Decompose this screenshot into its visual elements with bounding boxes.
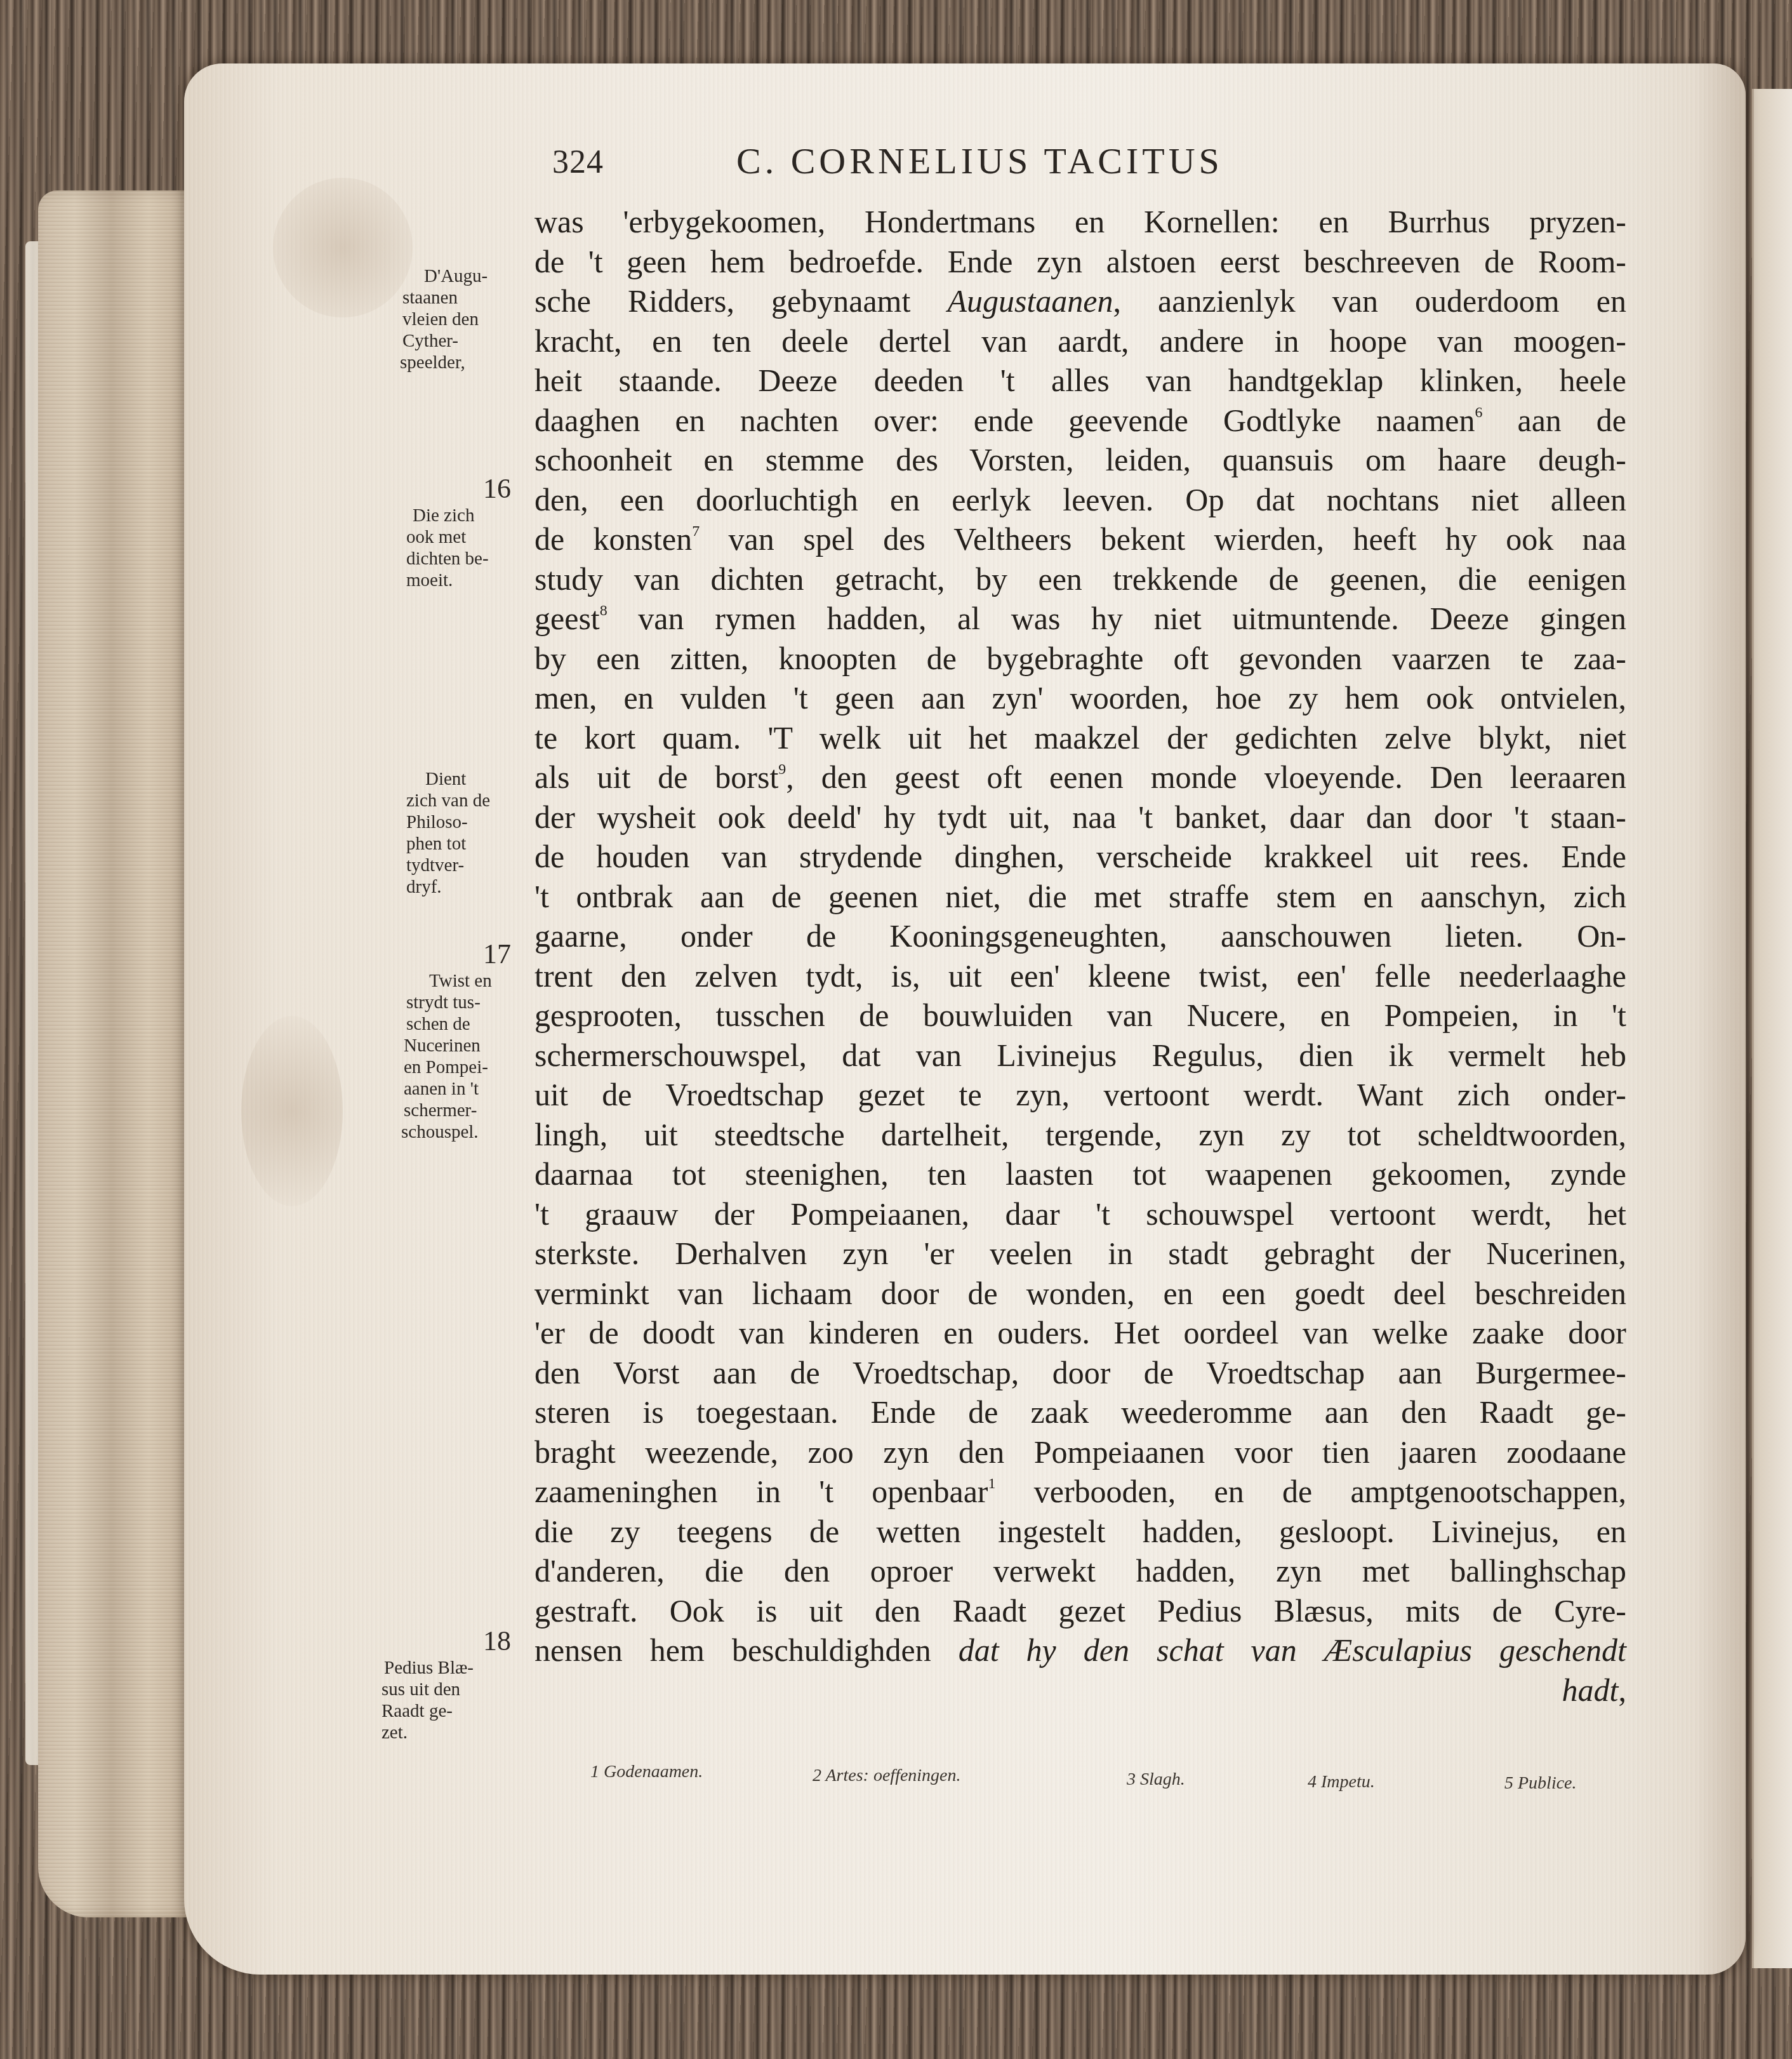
text-line: d'anderen, die den oproer verwekt hadden… <box>534 1551 1626 1591</box>
text-line: trent den zelven tydt, is, uit een' klee… <box>534 956 1626 996</box>
text-segment: aan de <box>1482 403 1626 438</box>
text-line: gesprooten, tusschen de bouwluiden van N… <box>534 996 1626 1036</box>
text-line: sche Ridders, gebynaamt Augustaanen, aan… <box>534 281 1626 321</box>
footnote: 4 Impetu. <box>1308 1772 1375 1792</box>
running-head: 324 C. CORNELIUS TACITUS <box>552 140 1403 190</box>
text-line: sterkste. Derhalven zyn 'er veelen in st… <box>534 1234 1626 1274</box>
margin-note-line: zet. <box>371 1722 524 1743</box>
text-line: den, een doorluchtigh en eerlyk leeven. … <box>534 480 1626 520</box>
margin-note-line: dichten be- <box>400 548 536 570</box>
text-line: gaarne, onder de Kooningsgeneughten, aan… <box>534 916 1626 956</box>
chapter-number: 18 <box>371 1625 524 1657</box>
text-segment: sche Ridders, gebynaamt <box>534 283 947 319</box>
text-line: 't ontbrak aan de geenen niet, die met s… <box>534 877 1626 917</box>
text-line: die zy teegens de wetten ingestelt hadde… <box>534 1512 1626 1552</box>
text-line: der wysheit ook deeld' hy tydt uit, naa … <box>534 797 1626 837</box>
text-line: kracht, en ten deele dertel van aardt, a… <box>534 321 1626 361</box>
text-segment: van rymen hadden, al was hy niet uitmunt… <box>607 601 1626 636</box>
text-line: schermerschouwspel, dat van Livinejus Re… <box>534 1036 1626 1076</box>
margin-note-line: schen de <box>400 1013 536 1035</box>
margin-note-line: vleien den <box>400 309 536 330</box>
italic-quote: hadt <box>1562 1672 1619 1708</box>
margin-note-line: phen tot <box>400 833 536 855</box>
margin-note-line: sus uit den <box>371 1679 524 1700</box>
footnote-marker: 9 <box>778 761 786 778</box>
text-line: daaghen en nachten over: ende geevende G… <box>534 401 1626 441</box>
footnote-marker: 8 <box>600 603 607 619</box>
footnote: 5 Publice. <box>1504 1773 1577 1794</box>
text-line: by een zitten, knoopten de bygebraghte o… <box>534 639 1626 679</box>
margin-note-line: Nucerinen <box>400 1035 536 1056</box>
text-line: als uit de borst9, den geest oft eenen m… <box>534 757 1626 797</box>
text-line: 't graauw der Pompeiaanen, daar 't schou… <box>534 1194 1626 1234</box>
margin-note: Dient zich van de Philoso- phen tot tydt… <box>400 768 536 898</box>
margin-note-line: Raadt ge- <box>371 1700 524 1722</box>
text-line: study van dichten getracht, by een trekk… <box>534 559 1626 599</box>
text-line: de 't geen hem bedroefde. Ende zyn alsto… <box>534 242 1626 282</box>
text-line: te kort quam. 'T welk uit het maakzel de… <box>534 718 1626 758</box>
margin-note: 18 Pedius Blæ- sus uit den Raadt ge- zet… <box>371 1625 524 1743</box>
text-line: men, en vulden 't geen aan zyn' woorden,… <box>534 678 1626 718</box>
footnote: 3 Slagh. <box>1127 1769 1185 1790</box>
text-line: nensen hem beschuldighden dat hy den sch… <box>534 1630 1626 1670</box>
text-line: schoonheit en stemme des Vorsten, leiden… <box>534 440 1626 480</box>
footnote-marker: 1 <box>988 1476 996 1492</box>
text-line: heit staande. Deeze deeden 't alles van … <box>534 361 1626 401</box>
margin-note-line: zich van de <box>400 790 536 811</box>
footnote-text: Impetu. <box>1321 1772 1375 1792</box>
text-line: hadt, <box>534 1670 1626 1710</box>
text-line: uit de Vroedtschap gezet te zyn, vertoon… <box>534 1075 1626 1115</box>
text-segment: van spel des Veltheers bekent wierden, h… <box>700 521 1626 557</box>
text-line: de konsten7 van spel des Veltheers beken… <box>534 519 1626 559</box>
margin-note-line: tydtver- <box>400 855 536 876</box>
text-line: geest8 van rymen hadden, al was hy niet … <box>534 599 1626 639</box>
footnote-text: Slagh. <box>1140 1769 1185 1789</box>
footnote-number: 3 <box>1127 1769 1136 1789</box>
margin-note-line: Pedius Blæ- <box>371 1657 524 1679</box>
chapter-number: 16 <box>400 473 536 505</box>
text-line: was 'erbygekoomen, Hondertmans en Kornel… <box>534 202 1626 242</box>
running-title: C. CORNELIUS TACITUS <box>736 140 1223 182</box>
margin-note-line: ook met <box>400 526 536 548</box>
footnote: 1 Godenaamen. <box>590 1762 703 1782</box>
text-line: verminkt van lichaam door de wonden, en … <box>534 1274 1626 1314</box>
text-line: steren is toegestaan. Ende de zaak weede… <box>534 1392 1626 1432</box>
margin-note-line: staanen <box>400 287 536 309</box>
text-line: gestraft. Ook is uit den Raadt gezet Ped… <box>534 1591 1626 1631</box>
margin-note: D'Augu- staanen vleien den Cyther- speel… <box>400 265 536 373</box>
footnote-number: 4 <box>1308 1772 1317 1792</box>
italic-quote: dat hy den schat van Æsculapius geschend… <box>959 1632 1626 1668</box>
text-line: braght weezende, zoo zyn den Pompeiaanen… <box>534 1432 1626 1472</box>
footnote-marker: 7 <box>692 523 700 540</box>
margin-note-line: D'Augu- <box>400 265 536 287</box>
footnote-text: Publice. <box>1518 1773 1577 1793</box>
margin-note: 16 Die zich ook met dichten be- moeit. <box>400 473 536 591</box>
text-segment: nensen hem beschuldighden <box>534 1632 959 1668</box>
text-segment: daaghen en nachten over: ende geevende G… <box>534 403 1475 438</box>
margin-note-line: speelder, <box>400 352 536 373</box>
footnote-text: Godenaamen. <box>604 1762 703 1782</box>
margin-note-line: Philoso- <box>400 811 536 833</box>
text-line: daarnaa tot steenighen, ten laasten tot … <box>534 1154 1626 1194</box>
text-line: den Vorst aan de Vroedtschap, door de Vr… <box>534 1353 1626 1393</box>
margin-note-line: schouspel. <box>400 1121 536 1143</box>
margin-note: 17 Twist en strydt tus- schen de Nucerin… <box>400 938 536 1143</box>
text-segment: , aanzienlyk van ouderdoom en <box>1113 283 1626 319</box>
text-segment: , <box>1619 1672 1627 1708</box>
text-segment: verbooden, en de amptgenootschappen, <box>996 1474 1627 1509</box>
margin-note-line: Twist en <box>400 970 536 992</box>
margin-note-line: Die zich <box>400 505 536 526</box>
page-number: 324 <box>552 143 604 181</box>
margin-note-line: strydt tus- <box>400 992 536 1013</box>
footnote-text: Artes: oeffeningen. <box>826 1766 961 1785</box>
text-segment: geest <box>534 601 600 636</box>
text-line: lingh, uit steedtsche dartelheit, tergen… <box>534 1115 1626 1155</box>
footnote-number: 2 <box>813 1766 821 1785</box>
margin-note-line: aanen in 't <box>400 1078 536 1100</box>
text-line: zaameninghen in 't openbaar1 verbooden, … <box>534 1472 1626 1512</box>
chapter-number: 17 <box>400 938 536 970</box>
margin-note-line: en Pompei- <box>400 1056 536 1078</box>
page-content: 324 C. CORNELIUS TACITUS D'Augu- staanen… <box>0 0 1792 2059</box>
footnote: 2 Artes: oeffeningen. <box>813 1766 961 1786</box>
text-segment: de konsten <box>534 521 692 557</box>
text-segment: als uit de borst <box>534 759 778 795</box>
footnote-marker: 6 <box>1475 404 1482 421</box>
italic-term: Augustaanen <box>947 283 1113 319</box>
footnote-number: 1 <box>590 1762 599 1782</box>
margin-note-line: schermer- <box>400 1100 536 1121</box>
body-text: was 'erbygekoomen, Hondertmans en Kornel… <box>534 202 1626 1710</box>
text-segment: , den geest oft eenen monde vloeyende. D… <box>786 759 1626 795</box>
footnote-number: 5 <box>1504 1773 1513 1793</box>
margin-note-line: dryf. <box>400 876 536 898</box>
text-segment: zaameninghen in 't openbaar <box>534 1474 988 1509</box>
footnotes: 1 Godenaamen. 2 Artes: oeffeningen. 3 Sl… <box>590 1762 1644 1794</box>
margin-note-line: moeit. <box>400 570 536 591</box>
margin-note-line: Cyther- <box>400 330 536 352</box>
text-line: de houden van strydende dinghen, versche… <box>534 837 1626 877</box>
text-line: 'er de doodt van kinderen en ouders. Het… <box>534 1313 1626 1353</box>
margin-note-line: Dient <box>400 768 536 790</box>
